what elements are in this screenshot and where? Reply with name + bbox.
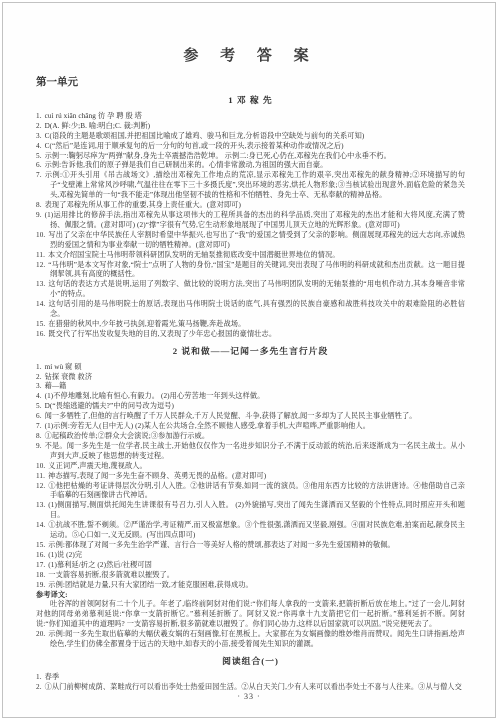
answer-item-text: ①他把枯燥的考证讲得层次分明,引人入胜。②他讲话有节奏,如同一流的演员。③他用东…: [48, 482, 465, 500]
answer-item-text: 示例:团结就是力量,只有大家团结一致,才能克服困难,获得成功。: [48, 581, 253, 589]
answer-item-number: 14.: [36, 521, 45, 529]
answer-item-text: D(“畏缩逃避的懦夫?”中的问号改为逗号): [45, 402, 174, 410]
answer-item: 11.神态描写,表现了闻一多先生奋不顾身、英勇无畏的品格。(意对即可): [36, 472, 465, 482]
answer-item: 13.这句话的表达方式是说明,运用了列数字、做比较的说明方法,突出了马伟明团队发…: [36, 280, 465, 300]
answer-item-text: 闻一多牺牲了,但他的言行唤醒了千万人民群众,千万人民觉醒、斗争,获得了解放,闻一…: [45, 412, 417, 420]
answer-item-text: (1)示例:旁若无人(目中无人) (2)某人在公共场合,全然不顾他人感受,拿着手…: [45, 422, 370, 430]
answers-body: 1 邓 稼 先1.cuì rú xiǎn chǎng 彷 孕 聘 殷 塔2.D(…: [36, 96, 465, 693]
answer-item-text: 示例:闻一多先生取出临摹的大幅伏羲女娲的石刻画像,钉在黑板上。大家都在为女娲画像…: [48, 630, 465, 648]
scanned-page: 参 考 答 案 第一单元 1 邓 稼 先1.cuì rú xiǎn chǎng …: [2, 2, 496, 718]
section-heading: 1 邓 稼 先: [36, 96, 465, 106]
page-title: 参 考 答 案: [36, 44, 465, 65]
answer-item-number: 6.: [36, 412, 42, 420]
answer-item-text: C(语段的主题是歌颂祖国,并把祖国比喻成了雄鸡、骏马和巨龙,分析语段中空缺处与前…: [45, 132, 365, 140]
answer-item-text: 神态描写,表现了闻一多先生奋不顾身、英勇无畏的品格。(意对即可): [48, 472, 266, 480]
answer-item: 10.义正词严,声震天地,蔑视敌人。: [36, 462, 465, 472]
answer-item: 2.D(A. 鲜:少;B. 喻:明白;C. 裁:判断): [36, 122, 465, 132]
answer-item: 20.示例:闻一多先生取出临摹的大幅伏羲女娲的石刻画像,钉在黑板上。大家都在为女…: [36, 630, 465, 650]
answer-item: 9.不是。闻一多先生是一位学者,民主战士,开始他仅仅作为一名进步知识分子,不满于…: [36, 442, 465, 462]
answer-item: 1.春季: [36, 673, 465, 683]
answer-item-text: 不是。闻一多先生是一位学者,民主战士,开始他仅仅作为一名进步知识分子,不满于反动…: [45, 442, 465, 460]
answer-item-number: 13.: [36, 501, 45, 509]
answer-item-number: 10.: [36, 231, 45, 239]
answer-item: 16.(1)说 (2)完: [36, 551, 465, 561]
answer-item-number: 8.: [36, 201, 42, 209]
answer-item-text: 这句话引用的是马伟明院士的原话,表现出马伟明院士说话的底气,具有强烈的民族自豪感…: [48, 300, 465, 318]
answer-item: 8.表现了邓稼先所从事工作的重要,其身上责任重大。(意对即可): [36, 201, 465, 211]
answer-item-text: 示例一:鞠躬尽瘁为“两弹”献身,身先士卒震撼浩浩乾坤。 示例二:身已死,心仍在,…: [45, 152, 391, 160]
answer-item-number: 15.: [36, 320, 45, 328]
answer-item-number: 3.: [36, 382, 42, 390]
answer-item: 6.闻一多牺牲了,但他的言行唤醒了千万人民群众,千万人民觉醒、斗争,获得了解放,…: [36, 412, 465, 422]
answer-item: 18.一支箭容易折断,很多箭就难以摧毁了。: [36, 571, 465, 581]
answer-item: 3.C(语段的主题是歌颂祖国,并把祖国比喻成了雄鸡、骏马和巨龙,分析语段中空缺处…: [36, 132, 465, 142]
answer-item: 5.示例一:鞠躬尽瘁为“两弹”献身,身先士卒震撼浩浩乾坤。 示例二:身已死,心仍…: [36, 152, 465, 162]
answer-item: 7.(1)示例:旁若无人(目中无人) (2)某人在公共场合,全然不顾他人感受,拿…: [36, 422, 465, 432]
answer-item-number: 4.: [36, 142, 42, 150]
answer-item-text: “马伟明”是本文写作对象,“院士”点明了人物的身份,“国宝”是题目的关键词,突出…: [48, 261, 465, 279]
answer-item-number: 3.: [36, 132, 42, 140]
answer-item-number: 12.: [36, 261, 45, 269]
answer-item-number: 1.: [36, 363, 42, 371]
answer-item: 4.(1)不停地雕刻,比喻有恒心,有毅力。 (2)用心劳苦地一年到头这样做。: [36, 392, 465, 402]
answer-item-text: 写出了父亲在中华民族任人宰割时希望中华振兴,也写出了“我”的爱国之情受到了父亲的…: [48, 231, 465, 249]
answer-item-number: 8.: [36, 432, 42, 440]
answer-item-text: (1)慕利延/折之 (2)然后/社稷可固: [48, 561, 152, 569]
answer-item-number: 16.: [36, 330, 45, 338]
answer-item-text: mí wù 窥 硕: [45, 363, 82, 371]
answer-item-text: 示例:①开头引用《吊古战场文》,描绘出邓稼先工作地点的荒凉,显示邓稼先工作的艰辛…: [45, 171, 465, 199]
answer-item-text: 春季: [45, 673, 60, 681]
answer-item-text: 本文介绍国宝院士马伟明带领科研团队发明的无轴泵推彻底改变中国潜艇世界地位的情况。: [48, 251, 340, 259]
answer-item: 4.C(“然后”是连词,用于顺承复句的后一分句的句首,或一段的开头,表示接着某种…: [36, 142, 465, 152]
answer-item: 15.在猎猎的秋风中,少年披弓执剑,迎着霞光,策马扬鞭,奔赴战场。: [36, 320, 465, 330]
answer-item-number: 5.: [36, 402, 42, 410]
answer-item: 19.示例:团结就是力量,只有大家团结一致,才能克服困难,获得成功。: [36, 581, 465, 591]
answer-item-number: 2.: [36, 122, 42, 130]
answer-item-text: 示例:告诉他,我们的原子弹是我们自己研制出来的。心情非常激动,为祖国的强大而自豪…: [45, 161, 328, 169]
answer-item: 13.(1)侧面描写,侧面烘托闻先生讲课很有号召力,引人入胜。 (2)外貌描写,…: [36, 501, 465, 521]
answer-item-number: 14.: [36, 300, 45, 308]
answer-item: 14.①抗战不胜,誓不剃须。②严谨治学,考证精严,而又极富想象。③个性很强,潇洒…: [36, 521, 465, 541]
unit-heading: 第一单元: [36, 74, 465, 89]
answer-item-number: 18.: [36, 571, 45, 579]
answer-item-number: 11.: [36, 251, 45, 259]
answer-item-number: 11.: [36, 472, 45, 480]
answer-item-text: (1)不停地雕刻,比喻有恒心,有毅力。 (2)用心劳苦地一年到头这样做。: [45, 392, 265, 400]
answer-item-number: 2.: [36, 373, 42, 381]
section-heading: 2 说和做——记闻一多先生言行片段: [36, 347, 465, 357]
answer-item: 12.①他把枯燥的考证讲得层次分明,引人入胜。②他讲话有节奏,如同一流的演员。③…: [36, 482, 465, 502]
answer-item-text: D(A. 鲜:少;B. 喻:明白;C. 裁:判断): [45, 122, 151, 130]
answer-item: 16.既交代了行军出发收复失地的目的,又表现了少年忠心报国的豪情壮志。: [36, 330, 465, 340]
answer-item-text: 这句话的表达方式是说明,运用了列数字、做比较的说明方法,突出了马伟明团队发明的无…: [48, 280, 465, 298]
answer-item-number: 4.: [36, 392, 42, 400]
answer-item: 9.(1)运用排比的修辞手法,指出邓稼先从事这项伟大的工程所具备的杰出的科学品质…: [36, 211, 465, 231]
answer-item-number: 7.: [36, 171, 42, 179]
answer-item-text: (1)侧面描写,侧面烘托闻先生讲课很有号召力,引人入胜。 (2)外貌描写,突出了…: [48, 501, 465, 519]
answer-item-text: (1)说 (2)完: [48, 551, 82, 559]
answer-item-number: 5.: [36, 152, 42, 160]
section-heading: 阅读组合(一): [36, 657, 465, 667]
answer-item: 2.钻探 衰微 救济: [36, 373, 465, 383]
answer-item-text: ①起稿政治传单;②群众大会演说;③参加游行示威。: [45, 432, 210, 440]
answer-item-text: C(“然后”是连词,用于顺承复句的后一分句的句首,或一段的开头,表示接着某种动作…: [45, 142, 344, 150]
answer-item-number: 13.: [36, 280, 45, 288]
answer-item: 10.写出了父亲在中华民族任人宰割时希望中华振兴,也写出了“我”的爱国之情受到了…: [36, 231, 465, 251]
answer-item-number: 19.: [36, 581, 45, 589]
answer-item-text: (1)运用排比的修辞手法,指出邓稼先从事这项伟大的工程所具备的杰出的科学品质,突…: [45, 211, 465, 229]
answer-item-number: 2.: [36, 683, 42, 691]
answer-item-text: 在猎猎的秋风中,少年披弓执剑,迎着霞光,策马扬鞭,奔赴战场。: [48, 320, 245, 328]
translation-label: 参考译文:: [36, 591, 465, 601]
answer-item-text: 藉—籍: [45, 382, 67, 390]
answer-item-number: 9.: [36, 211, 42, 219]
answer-item-number: 20.: [36, 630, 45, 638]
answer-item-text: ①从门前柳树成荫、菜畦成行可以看出李处士热爱田园生活。②从白天关门,少有人来可以…: [45, 683, 462, 691]
answer-item: 5.D(“畏缩逃避的懦夫?”中的问号改为逗号): [36, 402, 465, 412]
answer-item-text: ①抗战不胜,誓不剃须。②严谨治学,考证精严,而又极富想象。③个性很强,潇洒而又坚…: [48, 521, 465, 539]
answer-item-text: 义正词严,声震天地,蔑视敌人。: [48, 462, 147, 470]
answer-item-text: 示例:都体现了对闻一多先生治学严谨、言行合一等美好人格的赞颂,都表达了对闻一多先…: [48, 541, 395, 549]
answer-item: 6.示例:告诉他,我们的原子弹是我们自己研制出来的。心情非常激动,为祖国的强大而…: [36, 161, 465, 171]
answer-item: 1.mí wù 窥 硕: [36, 363, 465, 373]
answer-item-text: 既交代了行军出发收复失地的目的,又表现了少年忠心报国的豪情壮志。: [48, 330, 276, 338]
answer-item-text: 一支箭容易折断,很多箭就难以摧毁了。: [48, 571, 174, 579]
answer-item: 1.cuì rú xiǎn chǎng 彷 孕 聘 殷 塔: [36, 112, 465, 122]
answer-item: 7.示例:①开头引用《吊古战场文》,描绘出邓稼先工作地点的荒凉,显示邓稼先工作的…: [36, 171, 465, 201]
answer-item: 11.本文介绍国宝院士马伟明带领科研团队发明的无轴泵推彻底改变中国潜艇世界地位的…: [36, 251, 465, 261]
answer-item: 14.这句话引用的是马伟明院士的原话,表现出马伟明院士说话的底气,具有强烈的民族…: [36, 300, 465, 320]
answer-item: 15.示例:都体现了对闻一多先生治学严谨、言行合一等美好人格的赞颂,都表达了对闻…: [36, 541, 465, 551]
answer-item-number: 7.: [36, 422, 42, 430]
answer-item-text: 钻探 衰微 救济: [45, 373, 93, 381]
answer-item-number: 6.: [36, 161, 42, 169]
answer-item: 17.(1)慕利延/折之 (2)然后/社稷可固: [36, 561, 465, 571]
answer-item: 3.藉—籍: [36, 382, 465, 392]
answer-item-number: 10.: [36, 462, 45, 470]
answer-item-number: 1.: [36, 112, 42, 120]
answer-item-number: 15.: [36, 541, 45, 549]
answer-item-number: 9.: [36, 442, 42, 450]
answer-item-number: 17.: [36, 561, 45, 569]
answer-item-number: 12.: [36, 482, 45, 490]
translation-paragraph: 吐谷浑的首领阿豺有二十个儿子。年老了,临终前阿豺对他们说:“你们每人拿我的一支箭…: [36, 600, 465, 630]
answer-item-number: 16.: [36, 551, 45, 559]
answer-item-number: 1.: [36, 673, 42, 681]
answer-item-text: cuì rú xiǎn chǎng 彷 孕 聘 殷 塔: [45, 112, 142, 120]
page-content: 参 考 答 案 第一单元 1 邓 稼 先1.cuì rú xiǎn chǎng …: [36, 3, 465, 717]
page-number: · 33 ·: [3, 692, 495, 701]
answer-item-text: 表现了邓稼先所从事工作的重要,其身上责任重大。(意对即可): [45, 201, 241, 209]
answer-item: 12.“马伟明”是本文写作对象,“院士”点明了人物的身份,“国宝”是题目的关键词…: [36, 261, 465, 281]
answer-item: 8.①起稿政治传单;②群众大会演说;③参加游行示威。: [36, 432, 465, 442]
